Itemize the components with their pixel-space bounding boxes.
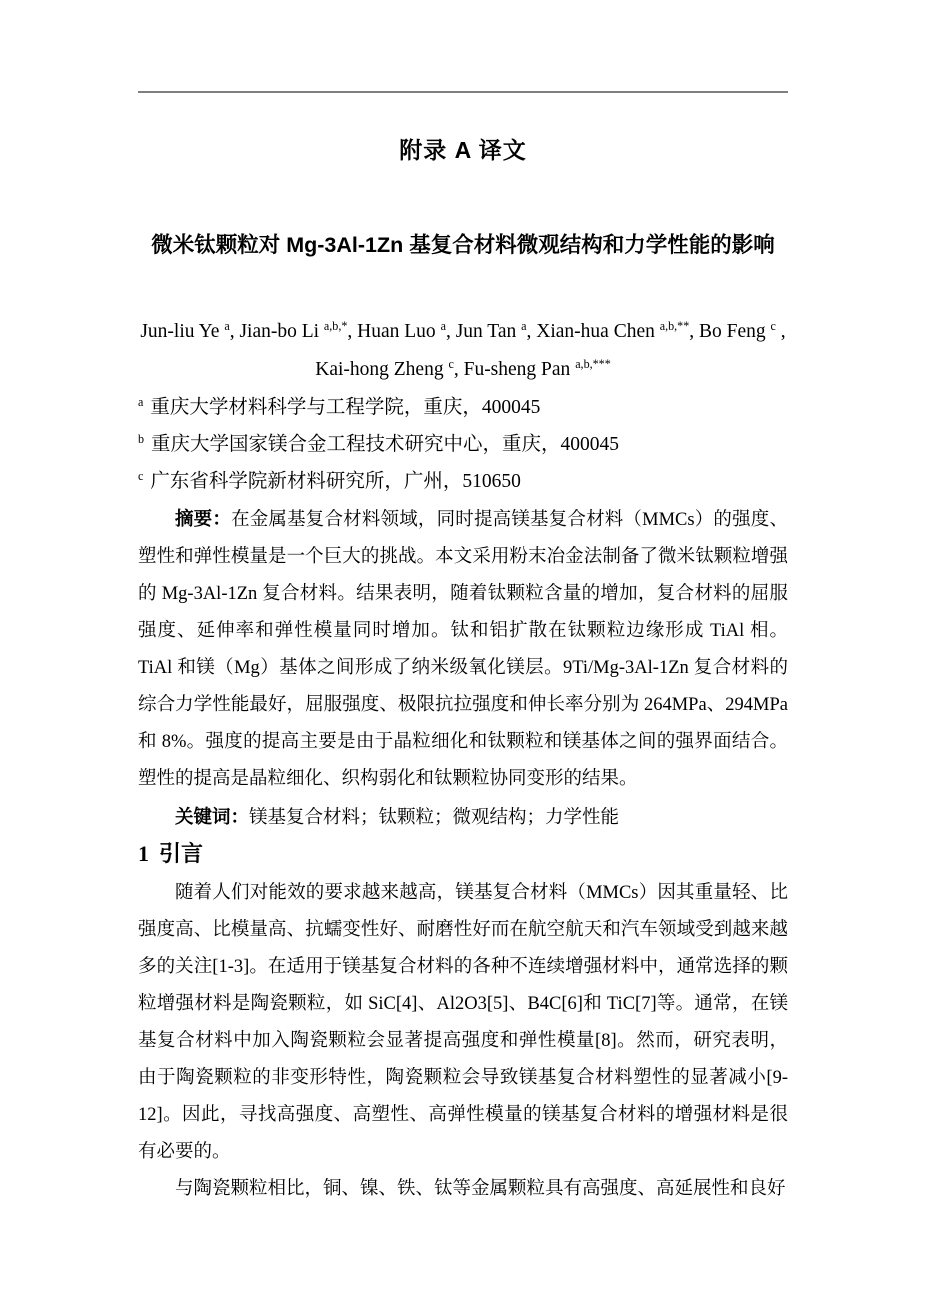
abstract-paragraph: 摘要：在金属基复合材料领域，同时提高镁基复合材料（MMCs）的强度、塑性和弹性模… (138, 500, 788, 798)
section-1-heading: 1引言 (138, 837, 788, 871)
authors-block: Jun-liu Ye a, Jian-bo Li a,b,*, Huan Luo… (138, 313, 788, 389)
affiliation-a: a重庆大学材料科学与工程学院，重庆，400045 (138, 389, 788, 426)
affiliation-text: 重庆大学国家镁合金工程技术研究中心，重庆，400045 (151, 434, 619, 455)
page-content: 附录 A 译文 微米钛颗粒对 Mg-3Al-1Zn 基复合材料微观结构和力学性能… (138, 91, 788, 1208)
header-rule (138, 91, 788, 93)
affiliation-marker: b (138, 432, 144, 446)
abstract-text: 在金属基复合材料领域，同时提高镁基复合材料（MMCs）的强度、塑性和弹性模量是一… (138, 510, 788, 789)
keywords-line: 关键词：镁基复合材料；钛颗粒；微观结构；力学性能 (138, 798, 788, 837)
authors-line-2: Kai-hong Zheng c, Fu-sheng Pan a,b,*** (138, 351, 788, 389)
affiliation-c: c广东省科学院新材料研究所，广州，510650 (138, 463, 788, 500)
section-1-number: 1 (138, 841, 149, 866)
intro-paragraph-2: 与陶瓷颗粒相比，铜、镍、铁、钛等金属颗粒具有高强度、高延展性和良好 (138, 1171, 788, 1208)
affiliations-block: a重庆大学材料科学与工程学院，重庆，400045 b重庆大学国家镁合金工程技术研… (138, 389, 788, 500)
document-page: 附录 A 译文 微米钛颗粒对 Mg-3Al-1Zn 基复合材料微观结构和力学性能… (0, 0, 926, 1309)
affiliation-marker: a (138, 395, 143, 409)
affiliation-text: 广东省科学院新材料研究所，广州，510650 (150, 471, 521, 492)
affiliation-text: 重庆大学材料科学与工程学院，重庆，400045 (150, 397, 540, 418)
affiliation-marker: c (138, 469, 143, 483)
authors-line-1: Jun-liu Ye a, Jian-bo Li a,b,*, Huan Luo… (138, 313, 788, 351)
keywords-text: 镁基复合材料；钛颗粒；微观结构；力学性能 (249, 808, 619, 828)
appendix-title: 附录 A 译文 (138, 135, 788, 165)
intro-paragraph-1: 随着人们对能效的要求越来越高，镁基复合材料（MMCs）因其重量轻、比强度高、比模… (138, 875, 788, 1171)
keywords-label: 关键词： (175, 806, 249, 827)
abstract-label: 摘要： (175, 508, 231, 529)
section-1-title: 引言 (159, 841, 203, 866)
affiliation-b: b重庆大学国家镁合金工程技术研究中心，重庆，400045 (138, 426, 788, 463)
paper-title: 微米钛颗粒对 Mg-3Al-1Zn 基复合材料微观结构和力学性能的影响 (138, 229, 788, 261)
